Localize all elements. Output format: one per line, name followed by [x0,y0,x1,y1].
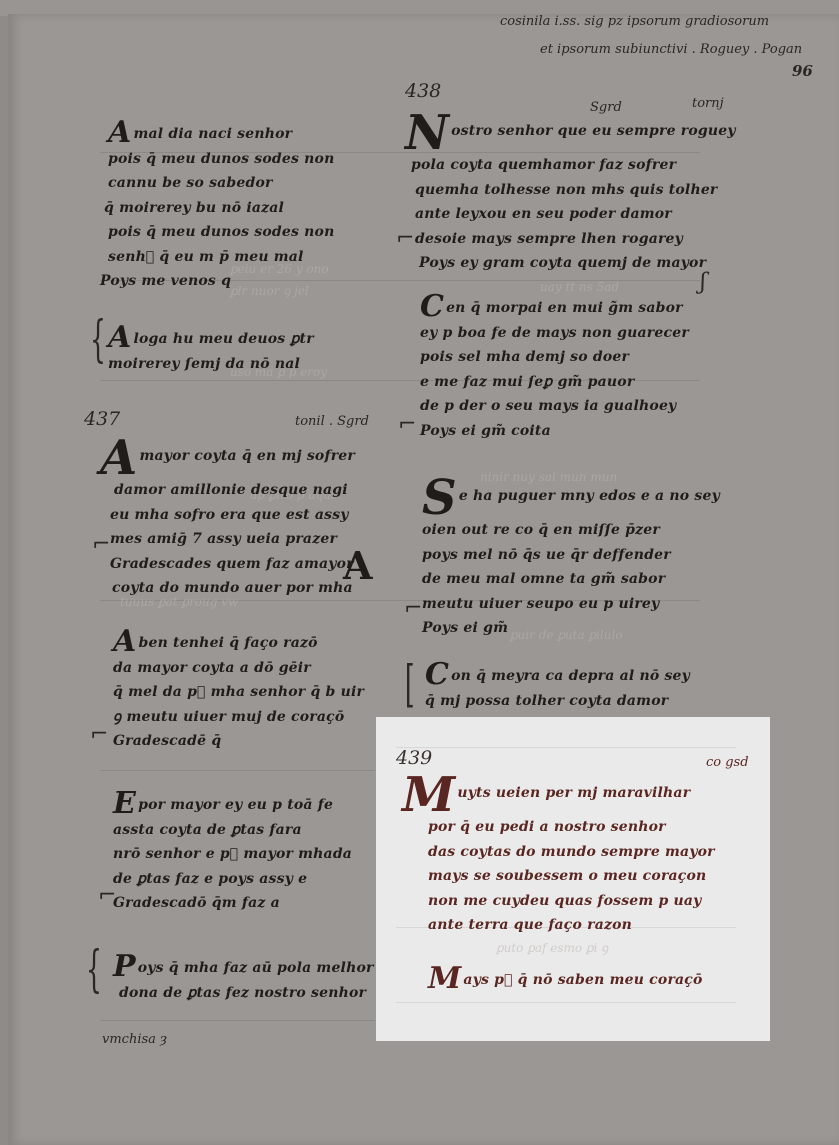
stanza-437-2: Aben tenhei q̄ faço razō da mayor coyta … [113,630,364,754]
initial-letter: P [113,955,136,979]
verse-line: mal dia naci senhor [133,126,292,142]
refrain-mark: ⌐ [398,412,416,437]
brace-mark: { [90,310,106,368]
verse-line: mes amiḡ 7 assy ueia prazer [110,527,355,552]
initial-letter: E [113,792,136,816]
stanza-437-3: Epor mayor ey eu p toā fe assta coyta de… [113,792,352,916]
verse-line: mays se soubessem o meu coraçon [428,864,715,889]
brace-mark: [ [405,655,415,713]
stanza-437-tornada: Poys q̄ mha faz aū pola melhor dona de ꝑ… [113,955,374,1005]
verse-line: pois q̄ meu dunos sodes non [108,220,334,245]
verse-line: de ꝑtas faz e poys assy e [113,867,352,892]
verse-line: quemha tolhesse non mhs quis tolher [415,178,736,203]
margin-note: co gsd [706,755,749,770]
initial-letter: C [420,295,444,319]
refrain-line: Poys ei gm̃ coita [420,419,689,444]
refrain-mark: ⌐ [396,226,414,251]
verse-line: on q̄ meyra ca depra al nō sey [451,668,690,684]
verse-line: q̄ mel da p᷒ mha senhor q̄ b uir [113,680,364,705]
verse-line: pola coyta quemhamor faz sofrer [411,153,736,178]
verse-line: loga hu meu deuos ꝑtr [133,331,313,347]
verse-line: pois q̄ meu dunos sodes non [108,147,334,172]
stanza-438-3: Se ha puguer mny edos e a no sey oien ou… [422,478,720,641]
verse-line: das coytas do mundo sempre mayor [428,840,715,865]
stanza-438-1: Nostro senhor que eu sempre roguey pola … [405,113,736,276]
verse-line: coyta do mundo auer por mha [112,576,355,601]
initial-letter: A [108,326,131,350]
verse-line: senh᷒ q̄ eu m p̄ meu mal [108,245,334,270]
decorated-initial: M [402,775,455,815]
header-note-line-1: cosinila i.ss. sig pz ipsorum gradiosoru… [500,14,769,29]
refrain-line: Poys ey gram coyta quemj de mayor [419,251,736,276]
margin-note: tonil . Sgrd [295,414,369,429]
verse-line: assta coyta de ꝑtas fara [113,818,352,843]
verse-line: q̄ mj possa tolher coyta damor [425,689,690,714]
stanza-439-2: Mays p᷒ q̄ nō saben meu coraçō [428,967,703,993]
refrain-mark: ⌐ [92,532,110,557]
verse-line: damor amillonie desque nagi [114,478,355,503]
show-through-text: ꝑuto ꝑaf esmo ꝑi ꝯ [496,939,608,956]
highlighted-region-poem-439[interactable]: 439 co gsd Muyts ueien per mj maravilhar… [376,717,770,1041]
verse-line: de meu mal omne ta gm̃ sabor [422,567,720,592]
verse-line: meutu uiuer seupo eu p uirey [422,592,720,617]
verse-line: non me cuydeu quas fossem p uay [428,889,715,914]
folio-number: 96 [792,62,813,80]
poem-number-439: 439 [396,747,432,769]
header-note-line-2: et ipsorum subiunctivi . Roguey . Pogan [540,42,802,57]
verse-line: en q̄ morpai en mui g̃m sabor [446,300,683,316]
verse-line: ben tenhei q̄ faço razō [138,635,317,651]
decorated-initial: A [100,438,137,478]
initial-letter: A [113,630,136,654]
verse-line: ante terra que faço razon [428,913,715,938]
verse-line: q̄ moirerey bu nō iazal [104,196,334,221]
verse-line: por q̄ eu pedi a nostro senhor [428,815,715,840]
catchword-initial: A [343,554,372,578]
initial-letter: C [425,663,449,687]
verse-line: uyts ueien per mj maravilhar [457,785,690,801]
stanza-438-2: Cen q̄ morpai en mui g̃m sabor ey p boa … [420,295,689,443]
verse-line: pois sel mha demj so doer [420,345,689,370]
stanza-439-1: Muyts ueien per mj maravilhar por q̄ eu … [402,775,715,938]
initial-letter: M [428,967,461,991]
stanza-437-1: Amayor coyta q̄ en mj sofrer damor amill… [100,438,355,601]
verse-line: da mayor coyta a dō gēir [113,656,364,681]
refrain-mark: ⌐ [404,596,422,621]
verse-line: por mayor ey eu p toā fe [138,797,333,813]
poem-number-438: 438 [405,80,441,102]
verse-line: oien out re co q̄ en miſſe p̄zer [422,518,720,543]
verse-line: eu mha sofro era que est assy [110,503,355,528]
verse-line: ey p boa fe de mays non guarecer [420,321,689,346]
verse-line: ante leyxou en seu poder damor [415,202,736,227]
verse-line: oys q̄ mha faz aū pola melhor [138,960,374,976]
initial-letter: A [108,121,131,145]
refrain-line: Poys ei gm̃ [422,616,720,641]
refrain-line: Gradescades quem faz amayor [110,552,355,577]
verse-line: dona de ꝑtas fez nostro senhor [119,981,374,1006]
refrain-mark: ⌐ [98,883,116,908]
refrain-line: Poys me venos q [100,269,334,294]
margin-note: tornj [692,96,724,111]
verse-line: ꝯ meutu uiuer muj de coraçō [113,705,364,730]
verse-line: ostro senhor que eu sempre roguey [451,123,736,139]
stanza-436-2: Aloga hu meu deuos ꝑtr moirerey ſemj da … [108,326,314,376]
decorated-initial: N [405,113,449,153]
brace-mark: { [86,940,102,998]
bottom-note: vmchisa ȝ [102,1032,167,1047]
verse-line: cannu be so sabedor [108,171,334,196]
refrain-line: Gradescadē q̄ [113,729,364,754]
verse-line: ays p᷒ q̄ nō saben meu coraçō [463,972,702,988]
verse-line: moirerey ſemj da nō nal [108,352,314,377]
verse-line: e ha puguer mny edos e a no sey [459,488,720,504]
verse-line: de p der o seu mays ia gualhoey [420,394,689,419]
show-through-text: uay tt ns 5ad [540,280,619,294]
verse-line: e me faz mui ſeꝑ gm̃ pauor [420,370,689,395]
refrain-line: Gradescadō q̄m faz a [113,891,352,916]
verse-line: nrō senhor e p᷒ mayor mhada [113,842,352,867]
stanza-436-1: Amal dia naci senhor pois q̄ meu dunos s… [108,121,334,294]
stanza-438-tornada: Con q̄ meyra ca depra al nō sey q̄ mj po… [425,663,690,713]
initial-letter: S [422,478,457,518]
marginal-paragraph-mark: ʃ [700,270,706,295]
verse-line: mayor coyta q̄ en mj sofrer [139,448,355,464]
verse-line: poys mel nō q̄s ue q̄r deffender [422,543,720,568]
poem-number-437: 437 [84,408,120,430]
verse-line: desoie mays sempre lhen rogarey [415,227,736,252]
refrain-mark: ⌐ [90,722,108,747]
